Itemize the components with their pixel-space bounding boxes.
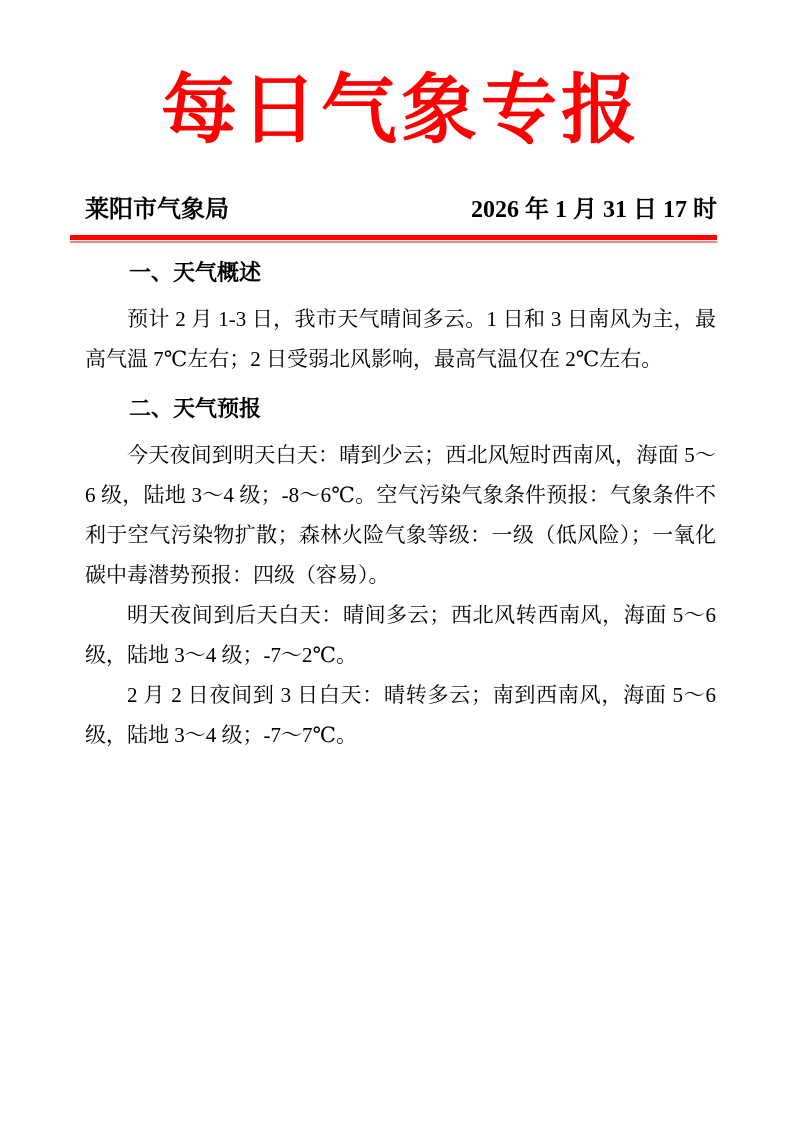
section-heading-weather-overview: 一、天气概述 [85,258,716,288]
issue-datetime: 2026 年 1 月 31 日 17 时 [471,196,717,224]
red-divider-rule [70,235,717,243]
forecast-paragraph-feb2-3: 2 月 2 日夜间到 3 日白天：晴转多云；南到西南风，海面 5～6 级，陆地 … [85,675,716,755]
document-page: 每日气象专报 莱阳市气象局 2026 年 1 月 31 日 17 时 一、天气概… [0,0,800,1131]
document-title: 每日气象专报 [85,62,717,160]
document-body: 一、天气概述 预计 2 月 1-3 日，我市天气晴间多云。1 日和 3 日南风为… [85,258,716,755]
section-heading-weather-forecast: 二、天气预报 [85,394,716,424]
forecast-paragraph-tomorrow-night: 明天夜间到后天白天：晴间多云；西北风转西南风，海面 5～6 级，陆地 3～4 级… [85,595,716,675]
issuing-agency: 莱阳市气象局 [85,196,229,224]
rule-thick-line [70,235,717,240]
overview-paragraph: 预计 2 月 1-3 日，我市天气晴间多云。1 日和 3 日南风为主，最高气温 … [85,299,716,379]
document-header: 莱阳市气象局 2026 年 1 月 31 日 17 时 [85,196,717,224]
rule-thin-line [70,241,717,243]
forecast-paragraph-tonight-tomorrow: 今天夜间到明天白天：晴到少云；西北风短时西南风，海面 5～6 级，陆地 3～4 … [85,435,716,595]
